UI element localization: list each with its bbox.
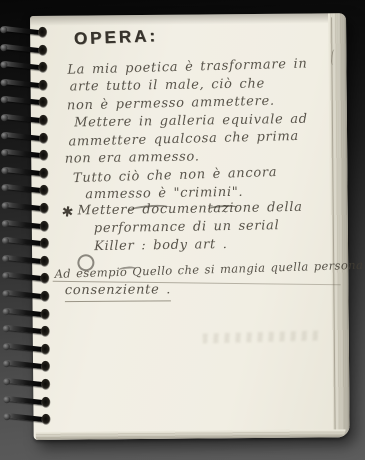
punched-hole <box>40 238 49 249</box>
spiral-wire <box>5 413 45 422</box>
spiral-wire <box>5 325 45 334</box>
spiral-wire <box>3 149 43 158</box>
spiral-wire <box>4 272 44 281</box>
spiral-wire <box>2 61 42 70</box>
spiral-wire <box>5 395 45 404</box>
punched-hole <box>40 203 49 214</box>
spiral-wire-tip <box>3 361 10 368</box>
punched-hole <box>41 379 50 390</box>
spiral-ring <box>2 252 80 267</box>
spiral-wire-tip <box>1 167 8 174</box>
punched-hole <box>38 44 47 55</box>
punched-hole <box>41 414 50 425</box>
spiral-wire-tip <box>1 132 8 139</box>
spiral-wire <box>3 184 43 193</box>
spiral-wire <box>4 202 44 211</box>
spiral-ring <box>3 411 81 426</box>
punched-hole <box>39 168 48 179</box>
spiral-ring <box>1 94 79 109</box>
spiral-wire-tip <box>2 290 9 297</box>
punched-hole <box>40 256 49 267</box>
punched-hole <box>41 361 50 372</box>
spiral-ring <box>3 393 81 408</box>
starred-note: ✱ Mettere documentazione della performan… <box>61 199 303 257</box>
spiral-ring <box>2 235 80 250</box>
spiral-wire-tip <box>3 325 10 332</box>
spiral-wire-tip <box>1 97 8 104</box>
punched-hole <box>39 97 48 108</box>
page-title: OPERA: <box>74 26 159 49</box>
spiral-wire-tip <box>1 149 8 156</box>
punched-hole <box>39 150 48 161</box>
punched-hole <box>41 326 50 337</box>
punched-hole <box>41 344 50 355</box>
spiral-wire-tip <box>3 396 10 403</box>
spiral-wire-tip <box>3 308 10 315</box>
spiral-wire <box>3 167 43 176</box>
spiral-ring <box>1 129 79 144</box>
spiral-ring <box>2 270 80 285</box>
spiral-wire <box>5 360 45 369</box>
punched-hole <box>39 132 48 143</box>
underlined-word: consenziente . <box>65 281 171 302</box>
punched-hole <box>40 273 49 284</box>
photo-background: OPERA: La mia poetica è trasformare in a… <box>0 0 365 460</box>
spiral-wire <box>2 79 42 88</box>
punched-hole <box>38 62 47 73</box>
spiral-wire-tip <box>1 79 8 86</box>
punched-hole <box>38 27 47 38</box>
spiral-wire <box>3 96 43 105</box>
punched-hole <box>40 291 49 302</box>
spiral-wire-tip <box>2 202 9 209</box>
body-text: La mia poetica è trasformare in arte tut… <box>63 57 309 205</box>
spiral-wire <box>4 307 44 316</box>
spiral-ring <box>3 305 81 320</box>
spiral-wire <box>5 343 45 352</box>
spiral-ring <box>3 358 81 373</box>
spiral-ring <box>3 323 81 338</box>
spiral-ring <box>2 217 80 232</box>
spiral-wire <box>4 237 44 246</box>
spiral-ring <box>3 376 81 391</box>
spiral-wire-tip <box>3 343 10 350</box>
bottom-note: Ad esempio Quello che si mangia quella p… <box>54 258 363 303</box>
punched-hole <box>41 308 50 319</box>
handwritten-line: Killer : body art . <box>94 235 303 256</box>
punched-hole <box>40 220 49 231</box>
spiral-wire-tip <box>2 255 9 262</box>
spiral-wire <box>2 26 42 35</box>
spiral-wire <box>4 255 44 264</box>
spiral-wire <box>3 114 43 123</box>
notebook-page: OPERA: La mia poetica è trasformare in a… <box>30 13 350 440</box>
spiral-wire-tip <box>0 61 7 68</box>
spiral-binding <box>0 24 82 437</box>
spiral-wire-tip <box>1 185 8 192</box>
spiral-wire-tip <box>2 237 9 244</box>
spiral-wire-tip <box>2 220 9 227</box>
spiral-ring <box>2 288 80 303</box>
spiral-ring <box>1 182 79 197</box>
punched-hole <box>39 115 48 126</box>
spiral-ring <box>2 200 80 215</box>
spiral-ring <box>0 24 78 39</box>
punched-hole <box>39 80 48 91</box>
spiral-ring <box>3 340 81 355</box>
spiral-ring <box>0 59 78 74</box>
spiral-ring <box>1 164 79 179</box>
spiral-ring <box>1 76 79 91</box>
punched-hole <box>41 396 50 407</box>
spiral-wire <box>2 43 42 52</box>
spiral-wire-tip <box>0 26 7 33</box>
spiral-ring <box>0 41 78 56</box>
spiral-wire <box>4 290 44 299</box>
spiral-wire-tip <box>2 273 9 280</box>
spiral-wire-tip <box>3 378 10 385</box>
spiral-wire <box>3 131 43 140</box>
spiral-wire-tip <box>1 114 8 121</box>
spiral-wire-tip <box>0 44 7 51</box>
spiral-ring <box>1 147 79 162</box>
spiral-wire-tip <box>3 413 10 420</box>
spiral-ring <box>1 112 79 127</box>
spiral-wire <box>5 378 45 387</box>
spiral-wire <box>4 219 44 228</box>
punched-hole <box>39 185 48 196</box>
